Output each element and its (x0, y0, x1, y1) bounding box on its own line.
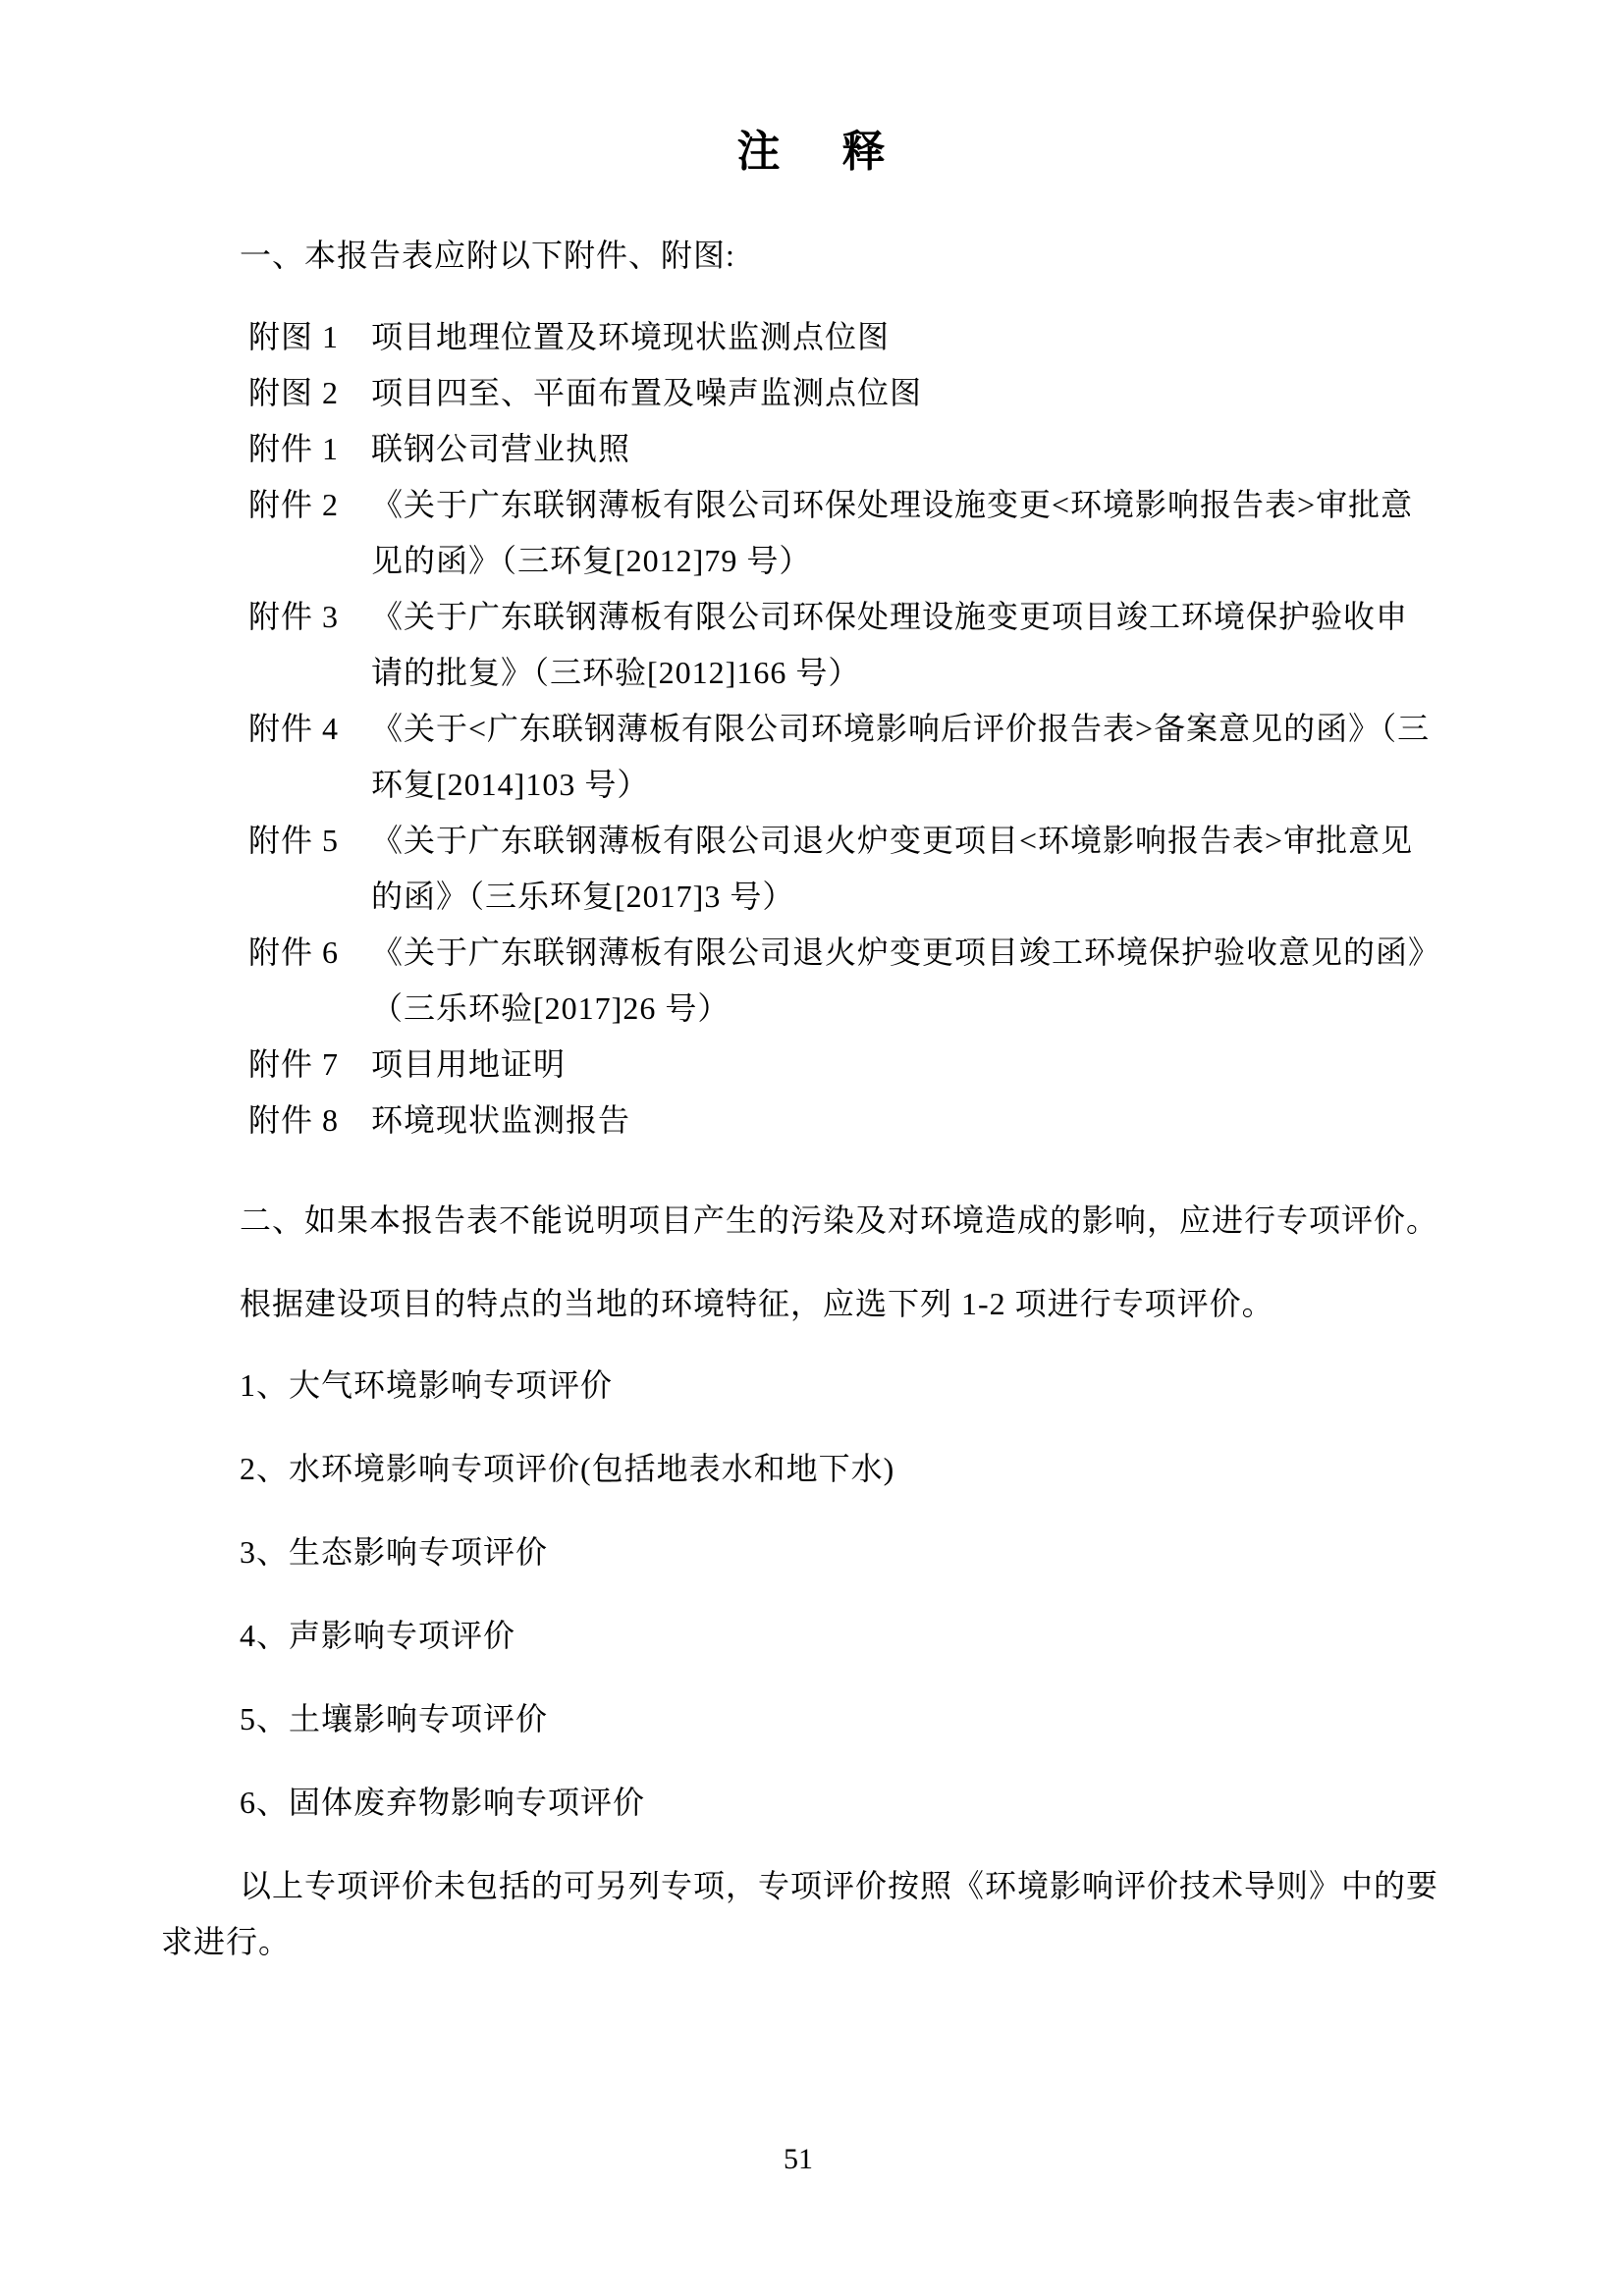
attachment-label: 附件 8 (248, 1093, 371, 1148)
attachment-row: 附件 4 《关于<广东联钢薄板有限公司环境影响后评价报告表>备案意见的函》（三环… (248, 701, 1463, 813)
attachment-desc-line: 项目用地证明 (371, 1037, 1463, 1093)
attachment-label: 附件 2 (248, 477, 371, 533)
special-evaluation-item: 2、水环境影响专项评价(包括地表水和地下水) (240, 1441, 1463, 1497)
attachment-label: 附件 1 (248, 421, 371, 477)
attachment-desc: 《关于广东联钢薄板有限公司退火炉变更项目<环境影响报告表>审批意见的函》（三乐环… (371, 813, 1463, 925)
attachment-desc: 项目四至、平面布置及噪声监测点位图 (371, 365, 1463, 421)
attachment-desc-line: 请的批复》（三环验[2012]166 号） (371, 645, 1463, 701)
attachment-row: 附件 5 《关于广东联钢薄板有限公司退火炉变更项目<环境影响报告表>审批意见的函… (248, 813, 1463, 925)
attachment-row: 附件 7 项目用地证明 (248, 1037, 1463, 1093)
attachment-desc-line: 项目地理位置及环境现状监测点位图 (371, 309, 1463, 365)
attachment-list: 附图 1 项目地理位置及环境现状监测点位图 附图 2 项目四至、平面布置及噪声监… (248, 309, 1463, 1148)
attachment-desc-line: 联钢公司营业执照 (371, 421, 1463, 477)
attachment-label: 附图 2 (248, 365, 371, 421)
attachment-row: 附件 2 《关于广东联钢薄板有限公司环保处理设施变更<环境影响报告表>审批意见的… (248, 477, 1463, 589)
attachment-desc-line: 《关于广东联钢薄板有限公司退火炉变更项目竣工环境保护验收意见的函》 (371, 925, 1463, 981)
closing-line: 求进行。 (161, 1914, 1463, 1970)
attachment-desc: 《关于广东联钢薄板有限公司环保处理设施变更<环境影响报告表>审批意见的函》（三环… (371, 477, 1463, 589)
special-evaluation-item: 4、声影响专项评价 (240, 1608, 1463, 1664)
attachment-desc-line: 《关于<广东联钢薄板有限公司环境影响后评价报告表>备案意见的函》（三 (371, 701, 1463, 757)
attachment-label: 附件 7 (248, 1037, 371, 1093)
attachment-desc-line: 的函》（三乐环复[2017]3 号） (371, 869, 1463, 925)
attachment-desc-line: 《关于广东联钢薄板有限公司环保处理设施变更项目竣工环境保护验收申 (371, 589, 1463, 645)
attachment-desc: 项目地理位置及环境现状监测点位图 (371, 309, 1463, 365)
para-special-evaluation: 二、如果本报告表不能说明项目产生的污染及对环境造成的影响，应进行专项评价。 (161, 1193, 1463, 1249)
attachment-row: 附图 2 项目四至、平面布置及噪声监测点位图 (248, 365, 1463, 421)
attachment-desc-line: 项目四至、平面布置及噪声监测点位图 (371, 365, 1463, 421)
attachment-row: 附件 8 环境现状监测报告 (248, 1093, 1463, 1148)
attachment-desc: 项目用地证明 (371, 1037, 1463, 1093)
special-evaluation-item: 5、土壤影响专项评价 (240, 1691, 1463, 1747)
attachment-row: 附件 3 《关于广东联钢薄板有限公司环保处理设施变更项目竣工环境保护验收申请的批… (248, 589, 1463, 701)
page-number: 51 (0, 2143, 1610, 2176)
document-content: 注 释 一、本报告表应附以下附件、附图: 附图 1 项目地理位置及环境现状监测点… (161, 0, 1463, 1970)
special-evaluation-item: 3、生态影响专项评价 (240, 1524, 1463, 1580)
attachment-desc-line: 见的函》（三环复[2012]79 号） (371, 533, 1463, 589)
intro-paragraph: 一、本报告表应附以下附件、附图: (161, 228, 1463, 284)
closing-paragraph: 以上专项评价未包括的可另列专项，专项评价按照《环境影响评价技术导则》中的要求进行… (161, 1858, 1463, 1970)
attachment-label: 附图 1 (248, 309, 371, 365)
attachment-label: 附件 4 (248, 701, 371, 757)
special-evaluation-item: 1、大气环境影响专项评价 (240, 1358, 1463, 1414)
attachment-label: 附件 5 (248, 813, 371, 869)
attachment-row: 附件 6 《关于广东联钢薄板有限公司退火炉变更项目竣工环境保护验收意见的函》（三… (248, 925, 1463, 1037)
attachment-row: 附图 1 项目地理位置及环境现状监测点位图 (248, 309, 1463, 365)
attachment-desc-line: 《关于广东联钢薄板有限公司退火炉变更项目<环境影响报告表>审批意见 (371, 813, 1463, 869)
attachment-desc: 《关于广东联钢薄板有限公司环保处理设施变更项目竣工环境保护验收申请的批复》（三环… (371, 589, 1463, 701)
attachment-label: 附件 6 (248, 925, 371, 981)
special-evaluation-item: 6、固体废弃物影响专项评价 (240, 1775, 1463, 1831)
attachment-desc: 《关于广东联钢薄板有限公司退火炉变更项目竣工环境保护验收意见的函》（三乐环验[2… (371, 925, 1463, 1037)
attachment-desc-line: 环复[2014]103 号） (371, 757, 1463, 813)
attachment-desc-line: （三乐环验[2017]26 号） (371, 981, 1463, 1037)
attachment-desc: 环境现状监测报告 (371, 1093, 1463, 1148)
para-selection-basis: 根据建设项目的特点的当地的环境特征，应选下列 1-2 项进行专项评价。 (161, 1276, 1463, 1332)
attachment-desc-line: 环境现状监测报告 (371, 1093, 1463, 1148)
closing-line: 以上专项评价未包括的可另列专项，专项评价按照《环境影响评价技术导则》中的要 (161, 1858, 1463, 1914)
attachment-row: 附件 1 联钢公司营业执照 (248, 421, 1463, 477)
attachment-label: 附件 3 (248, 589, 371, 645)
attachment-desc: 联钢公司营业执照 (371, 421, 1463, 477)
page-title: 注 释 (161, 0, 1463, 179)
attachment-desc: 《关于<广东联钢薄板有限公司环境影响后评价报告表>备案意见的函》（三环复[201… (371, 701, 1463, 813)
document-page: 注 释 一、本报告表应附以下附件、附图: 附图 1 项目地理位置及环境现状监测点… (0, 0, 1624, 2296)
special-evaluation-list: 1、大气环境影响专项评价2、水环境影响专项评价(包括地表水和地下水)3、生态影响… (240, 1358, 1463, 1831)
attachment-desc-line: 《关于广东联钢薄板有限公司环保处理设施变更<环境影响报告表>审批意 (371, 477, 1463, 533)
